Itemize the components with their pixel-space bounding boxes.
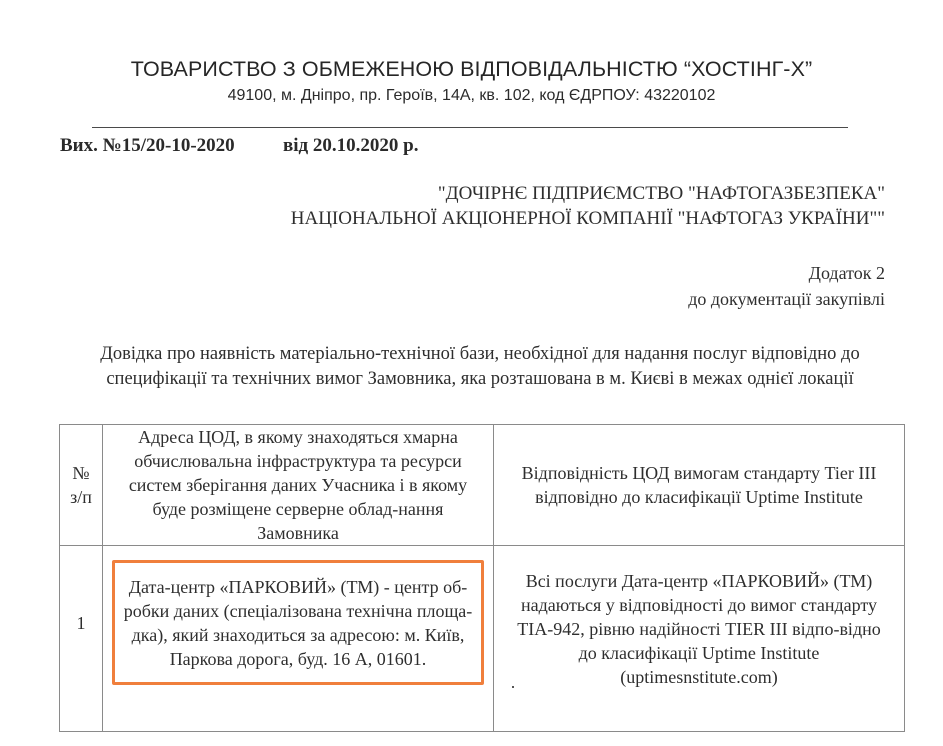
- table-row: 1 Дата-центр «ПАРКОВИЙ» (ТМ) - центр об-…: [60, 546, 905, 732]
- row-number: 1: [60, 546, 103, 732]
- header-number-label: з/п: [60, 485, 102, 509]
- annex-title: Додаток 2: [809, 263, 885, 284]
- header-number: № з/п: [60, 425, 103, 546]
- intro-line-2: специфікації та технічних вимог Замовник…: [50, 369, 910, 390]
- header-address-text: Адреса ЦОД, в якому знаходяться хмарна о…: [103, 425, 493, 545]
- header-divider: [92, 127, 848, 128]
- outgoing-number: Вих. №15/20-10-2020: [60, 135, 235, 157]
- annex-subtitle: до документації закупівлі: [688, 289, 885, 310]
- highlighted-address-box: Дата-центр «ПАРКОВИЙ» (ТМ) - центр об-ро…: [112, 560, 484, 685]
- header-number-symbol: №: [60, 461, 102, 485]
- company-address: 49100, м. Дніпро, пр. Героїв, 14А, кв. 1…: [0, 87, 943, 105]
- row-compliance-text: Всі послуги Дата-центр «ПАРКОВИЙ» (ТМ) н…: [494, 569, 904, 689]
- scan-speck: [512, 686, 514, 688]
- recipient-line-1: "ДОЧІРНЄ ПІДПРИЄМСТВО "НАФТОГАЗБЕЗПЕКА": [438, 183, 885, 205]
- table-header-row: № з/п Адреса ЦОД, в якому знаходяться хм…: [60, 425, 905, 546]
- header-compliance-text: Відповідність ЦОД вимогам стандарту Tier…: [494, 461, 904, 509]
- header-compliance: Відповідність ЦОД вимогам стандарту Tier…: [494, 425, 905, 546]
- facility-table: № з/п Адреса ЦОД, в якому знаходяться хм…: [59, 424, 905, 732]
- row-number-text: 1: [60, 611, 102, 635]
- company-name: ТОВАРИСТВО З ОБМЕЖЕНОЮ ВІДПОВІДАЛЬНІСТЮ …: [0, 57, 943, 82]
- row-address: Дата-центр «ПАРКОВИЙ» (ТМ) - центр об-ро…: [103, 546, 494, 732]
- row-address-text: Дата-центр «ПАРКОВИЙ» (ТМ) - центр об-ро…: [115, 575, 481, 671]
- row-compliance: Всі послуги Дата-центр «ПАРКОВИЙ» (ТМ) н…: [494, 546, 905, 732]
- recipient-line-2: НАЦІОНАЛЬНОЇ АКЦІОНЕРНОЇ КОМПАНІЇ "НАФТО…: [291, 208, 885, 230]
- header-address: Адреса ЦОД, в якому знаходяться хмарна о…: [103, 425, 494, 546]
- intro-line-1: Довідка про наявність матеріально-техніч…: [50, 344, 910, 365]
- outgoing-date: від 20.10.2020 р.: [283, 135, 418, 157]
